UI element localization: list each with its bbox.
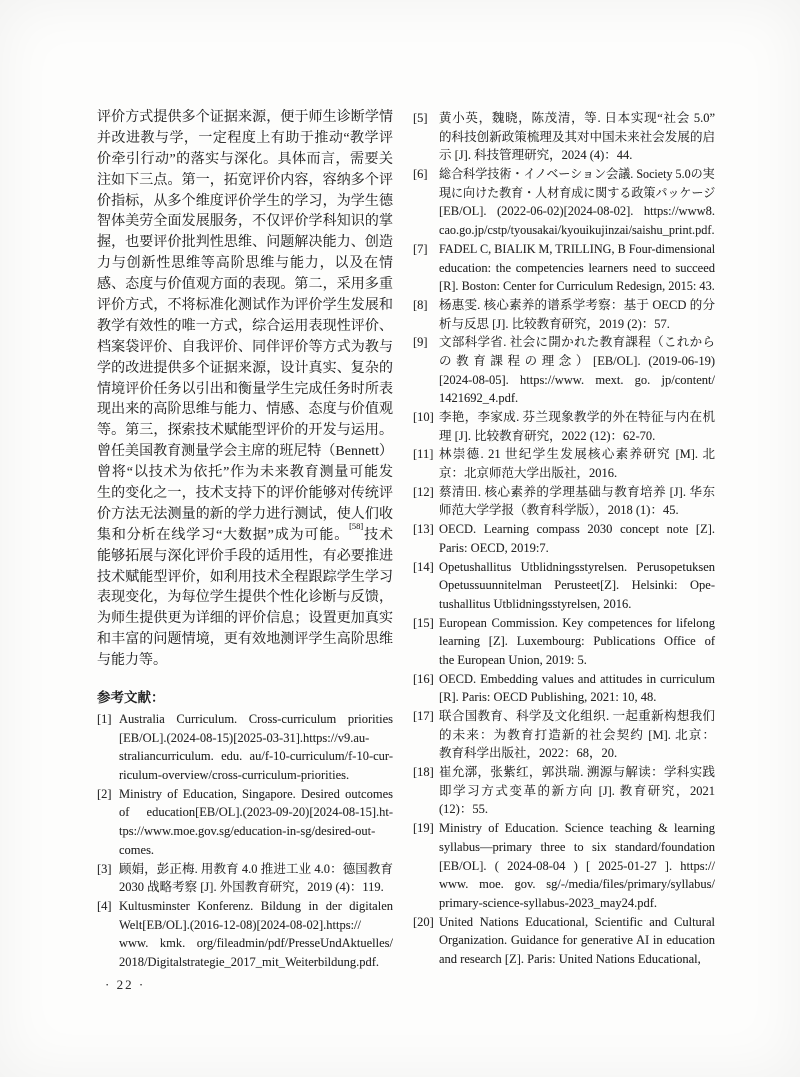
reference-item: [20]United Nations Educational, Scientif…: [413, 913, 715, 969]
left-column: 评价方式提供多个证据来源，便于师生诊断学情并改进教与学，一定程度上有助于推动“教…: [97, 108, 393, 993]
reference-line: Ministry of Education, Singapore. Desire…: [119, 785, 393, 804]
reference-line: FADEL C, BIALIK M, TRILLING, B Four-dime…: [439, 240, 708, 259]
reference-item: [13]OECD. Learning compass 2030 concept …: [413, 520, 715, 557]
reference-line: OECD. Embedding values and attitudes in …: [439, 670, 715, 689]
reference-line: [EB/OL]. ( 2024-08-04 ) [ 2025-01-27 ]. …: [439, 857, 715, 876]
reference-line: of education[EB/OL].(2023-09-20)[2024-08…: [119, 803, 393, 822]
reference-line: 李艳，李家成. 芬兰现象教学的外在特征与内在机: [439, 408, 715, 427]
reference-number: [17]: [413, 707, 434, 726]
reference-line: 黄小英，魏晓，陈茂清，等. 日本实现“社会 5.0”: [439, 109, 715, 128]
reference-number: [16]: [413, 670, 434, 689]
reference-line: 师范大学学报（教育科学版），2018 (1)：45.: [439, 501, 715, 520]
reference-line: Opetussuunnitelman Perusteet[Z]. Helsink…: [439, 576, 715, 595]
reference-line: learning [Z]. Luxembourg: Publications O…: [439, 632, 715, 651]
right-column: [5]黄小英，魏晓，陈茂清，等. 日本实现“社会 5.0”的科技创新政策梳理及其…: [413, 108, 715, 969]
reference-line: Organization. Guidance for generative AI…: [439, 931, 715, 950]
body-line: 注如下三点。第一，拓宽评价内容，容纳多个评: [97, 171, 393, 192]
reference-line: 現に向けた教育・人材育成に関する政策パッケージ: [439, 184, 704, 203]
reference-line: Ministry of Education. Science teaching …: [439, 819, 715, 838]
reference-line: [R]. Paris: OECD Publishing, 2021: 10, 4…: [439, 688, 715, 707]
reference-number: [10]: [413, 408, 434, 427]
reference-item: [8]杨惠雯. 核心素养的谱系学考察：基于 OECD 的分析与反思 [J]. 比…: [413, 296, 715, 333]
reference-line: (12)：55.: [439, 800, 715, 819]
reference-item: [14]Opetushallitus Utblidningsstyrelsen.…: [413, 558, 715, 614]
reference-item: [4]Kultusminster Konferenz. Bildung in d…: [97, 897, 393, 972]
reference-item: [16]OECD. Embedding values and attitudes…: [413, 670, 715, 707]
reference-item: [3]顾娟，彭正梅. 用教育 4.0 推进工业 4.0：德国教育2030 战略考…: [97, 860, 393, 897]
reference-line: www. kmk. org/fileadmin/pdf/PresseUndAkt…: [119, 934, 393, 953]
reference-number: [11]: [413, 445, 433, 464]
reference-item: [18]崔允漷，张紫红，郭洪瑞. 溯源与解读：学科实践即学习方式变革的新方向 […: [413, 763, 715, 819]
reference-item: [19]Ministry of Education. Science teach…: [413, 819, 715, 912]
reference-line: OECD. Learning compass 2030 concept note…: [439, 520, 715, 539]
body-line: 为师生提供更为详细的评价信息；设置更加真实: [97, 609, 393, 630]
reference-line: primary-science-syllabus-2023_may24.pdf.: [439, 894, 715, 913]
reference-number: [4]: [97, 897, 112, 916]
body-line: 与能力等。: [97, 651, 393, 672]
reference-line: [EB/OL].(2024-08-15)[2025-03-31].https:/…: [119, 729, 393, 748]
reference-line: 総合科学技術・イノベーション会議. Society 5.0の実: [439, 165, 705, 184]
body-line: 并改进教与学，一定程度上有助于推动“教学评: [97, 129, 393, 150]
body-line: 曾将“以技术为依托”作为未来教育测量可能发: [97, 463, 393, 484]
reference-line: 的未来：为教育打造新的社会契约 [M]. 北京：: [439, 726, 715, 745]
reference-item: [7]FADEL C, BIALIK M, TRILLING, B Four-d…: [413, 240, 715, 296]
reference-line: tps://www.moe.gov.sg/education-in-sg/des…: [119, 822, 393, 841]
reference-number: [2]: [97, 785, 112, 804]
reference-number: [9]: [413, 333, 428, 352]
reference-number: [12]: [413, 483, 434, 502]
reference-item: [11]林崇德. 21 世纪学生发展核心素养研究 [M]. 北京：北京师范大学出…: [413, 445, 715, 482]
reference-line: 的科技创新政策梳理及其对中国未来社会发展的启: [439, 128, 715, 147]
reference-line: 林崇德. 21 世纪学生发展核心素养研究 [M]. 北: [439, 445, 715, 464]
body-line: 能够拓展与深化评价手段的适用性，有必要推进: [97, 547, 393, 568]
reference-line: riculum-overview/cross-curriculum-priori…: [119, 766, 393, 785]
reference-line: Welt[EB/OL].(2016-12-08)[2024-08-02].htt…: [119, 916, 393, 935]
reference-number: [8]: [413, 296, 428, 315]
references-list-left: [1]Australia Curriculum. Cross-curriculu…: [97, 710, 393, 972]
scanned-paper-page: 评价方式提供多个证据来源，便于师生诊断学情并改进教与学，一定程度上有助于推动“教…: [0, 0, 800, 1077]
reference-line: 理 [J]. 比较教育研究，2022 (12)：62-70.: [439, 427, 715, 446]
reference-number: [15]: [413, 614, 434, 633]
reference-line: 崔允漷，张紫红，郭洪瑞. 溯源与解读：学科实践: [439, 763, 715, 782]
body-line: 力与创新性思维等高阶思维与能力，以及在情: [97, 254, 393, 275]
reference-line: 教育科学出版社，2022：68，20.: [439, 744, 715, 763]
reference-number: [19]: [413, 819, 434, 838]
reference-line: Opetushallitus Utblidningsstyrelsen. Per…: [439, 558, 715, 577]
reference-number: [14]: [413, 558, 434, 577]
reference-item: [12]蔡清田. 核心素养的学理基础与教育培养 [J]. 华东师范大学学报（教育…: [413, 483, 715, 520]
reference-line: [EB/OL]. (2022-06-02)[2024-08-02]. https…: [439, 202, 715, 221]
reference-item: [2]Ministry of Education, Singapore. Des…: [97, 785, 393, 860]
reference-line: Australia Curriculum. Cross-curriculum p…: [119, 710, 393, 729]
reference-item: [10]李艳，李家成. 芬兰现象教学的外在特征与内在机理 [J]. 比较教育研究…: [413, 408, 715, 445]
reference-number: [5]: [413, 109, 428, 128]
reference-line: United Nations Educational, Scientific a…: [439, 913, 715, 932]
body-line: 评价方式提供多个证据来源，便于师生诊断学情: [97, 108, 393, 129]
body-line: 感、态度与价值观方面的表现。第二，采用多重: [97, 275, 393, 296]
reference-line: the European Union, 2019: 5.: [439, 651, 715, 670]
reference-line: 析与反思 [J]. 比较教育研究，2019 (2)：57.: [439, 315, 715, 334]
body-line: 表现变化，为每位学生提供个性化诊断与反馈，: [97, 588, 393, 609]
reference-number: [6]: [413, 165, 428, 184]
body-line: 集和分析在线学习“大数据”成为可能。[58]技术: [97, 526, 393, 547]
body-line: 评价方式，不将标准化测试作为评价学生发展和: [97, 296, 393, 317]
citation-superscript: [58]: [349, 521, 363, 531]
reference-item: [6]総合科学技術・イノベーション会議. Society 5.0の実現に向けた教…: [413, 165, 715, 240]
body-line: 档案袋评价、自我评价、同伴评价等方式为教与: [97, 338, 393, 359]
reference-line: comes.: [119, 841, 393, 860]
body-line: 曾任美国教育测量学会主席的班尼特（Bennett）: [97, 442, 393, 463]
reference-number: [18]: [413, 763, 434, 782]
reference-line: 2018/Digitalstrategie_2017_mit_Weiterbil…: [119, 953, 393, 972]
page-number: · 22 ·: [97, 977, 393, 993]
reference-line: straliancurriculum. edu. au/f-10-curricu…: [119, 747, 393, 766]
references-list-right: [5]黄小英，魏晓，陈茂清，等. 日本实现“社会 5.0”的科技创新政策梳理及其…: [413, 109, 715, 969]
reference-number: [1]: [97, 710, 112, 729]
reference-line: 示 [J]. 科技管理研究，2024 (4)：44.: [439, 146, 715, 165]
reference-item: [17]联合国教育、科学及文化组织. 一起重新构想我们的未来：为教育打造新的社会…: [413, 707, 715, 763]
reference-line: 文部科学省. 社会に開かれた教育課程（これから: [439, 333, 715, 352]
body-line: 技术赋能型评价，如利用技术全程跟踪学生学习: [97, 568, 393, 589]
reference-line: Kultusminster Konferenz. Bildung in der …: [119, 897, 393, 916]
body-paragraph: 评价方式提供多个证据来源，便于师生诊断学情并改进教与学，一定程度上有助于推动“教…: [97, 108, 393, 672]
reference-line: 2030 战略考察 [J]. 外国教育研究，2019 (4)：119.: [119, 878, 393, 897]
reference-line: の教育課程の理念）[EB/OL]. (2019-06-19): [439, 352, 715, 371]
reference-line: www. moe. gov. sg/-/media/files/primary/…: [439, 875, 715, 894]
body-line: 智体美劳全面发展服务，不仅评价学科知识的掌: [97, 212, 393, 233]
body-line: 情境评价任务以引出和衡量学生完成任务时所表: [97, 380, 393, 401]
reference-line: [R]. Boston: Center for Curriculum Redes…: [439, 277, 711, 296]
reference-line: 联合国教育、科学及文化组织. 一起重新构想我们: [439, 707, 715, 726]
reference-line: [2024-08-05]. https://www. mext. go. jp/…: [439, 371, 715, 390]
reference-line: 即学习方式变革的新方向 [J]. 教育研究，2021: [439, 782, 715, 801]
reference-line: 蔡清田. 核心素养的学理基础与教育培养 [J]. 华东: [439, 483, 715, 502]
reference-line: syllabus—primary three to six standard/f…: [439, 838, 715, 857]
reference-item: [1]Australia Curriculum. Cross-curriculu…: [97, 710, 393, 785]
reference-line: 顾娟，彭正梅. 用教育 4.0 推进工业 4.0：德国教育: [119, 860, 393, 879]
body-line: 教学有效性的唯一方式，综合运用表现性评价、: [97, 317, 393, 338]
reference-line: education: the competencies learners nee…: [439, 259, 715, 278]
reference-line: cao.go.jp/cstp/tyousakai/kyouikujinzai/s…: [439, 221, 710, 240]
reference-item: [5]黄小英，魏晓，陈茂清，等. 日本实现“社会 5.0”的科技创新政策梳理及其…: [413, 109, 715, 165]
reference-number: [20]: [413, 913, 434, 932]
body-line: 等。第三，探索技术赋能型评价的开发与运用。: [97, 421, 393, 442]
reference-line: 京：北京师范大学出版社，2016.: [439, 464, 715, 483]
reference-line: Paris: OECD, 2019:7.: [439, 539, 715, 558]
reference-number: [13]: [413, 520, 434, 539]
body-line: 价指标，从多个维度评价学生的学习，为学生德: [97, 192, 393, 213]
reference-number: [3]: [97, 860, 112, 879]
reference-line: 1421692_4.pdf.: [439, 389, 715, 408]
reference-line: 杨惠雯. 核心素养的谱系学考察：基于 OECD 的分: [439, 296, 715, 315]
body-line: 握，也要评价批判性思维、问题解决能力、创造: [97, 233, 393, 254]
reference-line: and research [Z]. Paris: United Nations …: [439, 950, 715, 969]
body-line: 现出来的高阶思维与能力、情感、态度与价值观: [97, 400, 393, 421]
reference-item: [9]文部科学省. 社会に開かれた教育課程（これからの教育課程の理念）[EB/O…: [413, 333, 715, 408]
reference-line: tushallitus Utblidningsstyrelsen, 2016.: [439, 595, 715, 614]
body-line: 学的改进提供多个证据来源，设计真实、复杂的: [97, 359, 393, 380]
body-line: 价牵引行动”的落实与深化。具体而言，需要关: [97, 150, 393, 171]
body-line: 和丰富的问题情境，更有效地测评学生高阶思维: [97, 630, 393, 651]
references-heading: 参考文献：: [97, 687, 393, 709]
reference-line: European Commission. Key competences for…: [439, 614, 715, 633]
reference-number: [7]: [413, 240, 428, 259]
reference-item: [15]European Commission. Key competences…: [413, 614, 715, 670]
body-line: 生的变化之一，技术支持下的评价能够对传统评: [97, 484, 393, 505]
